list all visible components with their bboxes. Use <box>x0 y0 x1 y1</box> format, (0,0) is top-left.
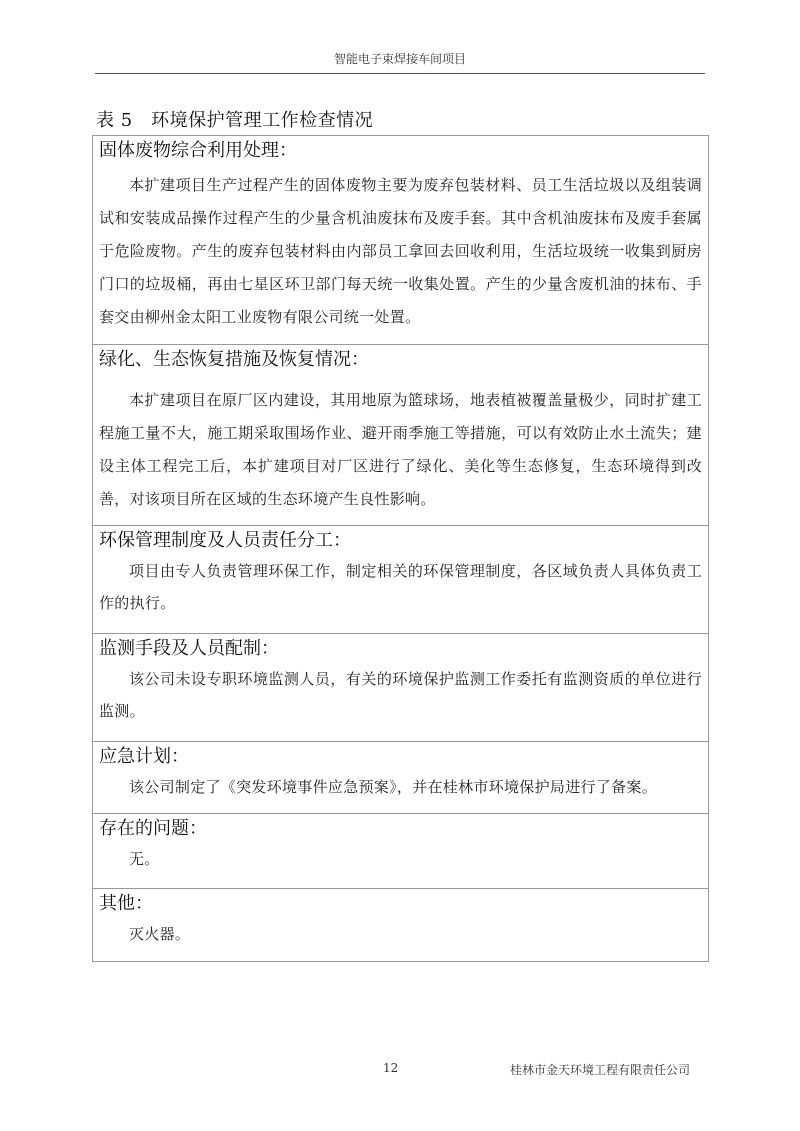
row-title: 监测手段及人员配制： <box>99 634 702 663</box>
running-header: 智能电子束焊接车间项目 <box>95 50 705 67</box>
table-row-monitoring: 监测手段及人员配制： 该公司未设专职环境监测人员，有关的环境保护监测工作委托有监… <box>93 633 708 741</box>
table-row-solid-waste: 固体废物综合利用处理： 本扩建项目生产过程产生的固体废物主要为废弃包装材料、员工… <box>93 136 708 344</box>
row-body: 本扩建项目生产过程产生的固体废物主要为废弃包装材料、员工生活垃圾以及组装调试和安… <box>99 169 702 334</box>
page-number: 12 <box>383 1061 398 1075</box>
table-row-greening: 绿化、生态恢复措施及恢复情况： 本扩建项目在原厂区内建设，其用地原为篮球场，地表… <box>93 344 708 525</box>
row-body: 该公司未设专职环境监测人员，有关的环境保护监测工作委托有监测资质的单位进行监测。 <box>99 663 702 727</box>
row-body: 该公司制定了《突发环境事件应急预案》，并在桂林市环境保护局进行了备案。 <box>99 771 702 803</box>
inspection-table: 固体废物综合利用处理： 本扩建项目生产过程产生的固体废物主要为废弃包装材料、员工… <box>92 135 709 962</box>
company-footer: 桂林市金天环境工程有限责任公司 <box>510 1061 690 1078</box>
row-title: 固体废物综合利用处理： <box>99 136 702 165</box>
row-body: 无。 <box>99 843 702 875</box>
row-title: 其他： <box>99 889 702 918</box>
table-row-other: 其他： 灭火器。 <box>93 888 708 961</box>
header-rule <box>95 73 705 74</box>
row-body: 项目由专人负责管理环保工作，制定相关的环保管理制度，各区域负责人具体负责工作的执… <box>99 555 702 619</box>
row-title: 环保管理制度及人员责任分工： <box>99 526 702 555</box>
table-row-issues: 存在的问题： 无。 <box>93 813 708 888</box>
row-body: 本扩建项目在原厂区内建设，其用地原为篮球场，地表植被覆盖量极少，同时扩建工程施工… <box>99 384 702 516</box>
table-row-emergency-plan: 应急计划： 该公司制定了《突发环境事件应急预案》，并在桂林市环境保护局进行了备案… <box>93 741 708 813</box>
row-title: 应急计划： <box>99 742 702 771</box>
table-row-management: 环保管理制度及人员责任分工： 项目由专人负责管理环保工作，制定相关的环保管理制度… <box>93 525 708 633</box>
row-body: 灭火器。 <box>99 918 702 950</box>
table-caption: 表 5 环境保护管理工作检查情况 <box>96 106 373 132</box>
row-title: 绿化、生态恢复措施及恢复情况： <box>99 345 702 374</box>
row-title: 存在的问题： <box>99 814 702 843</box>
